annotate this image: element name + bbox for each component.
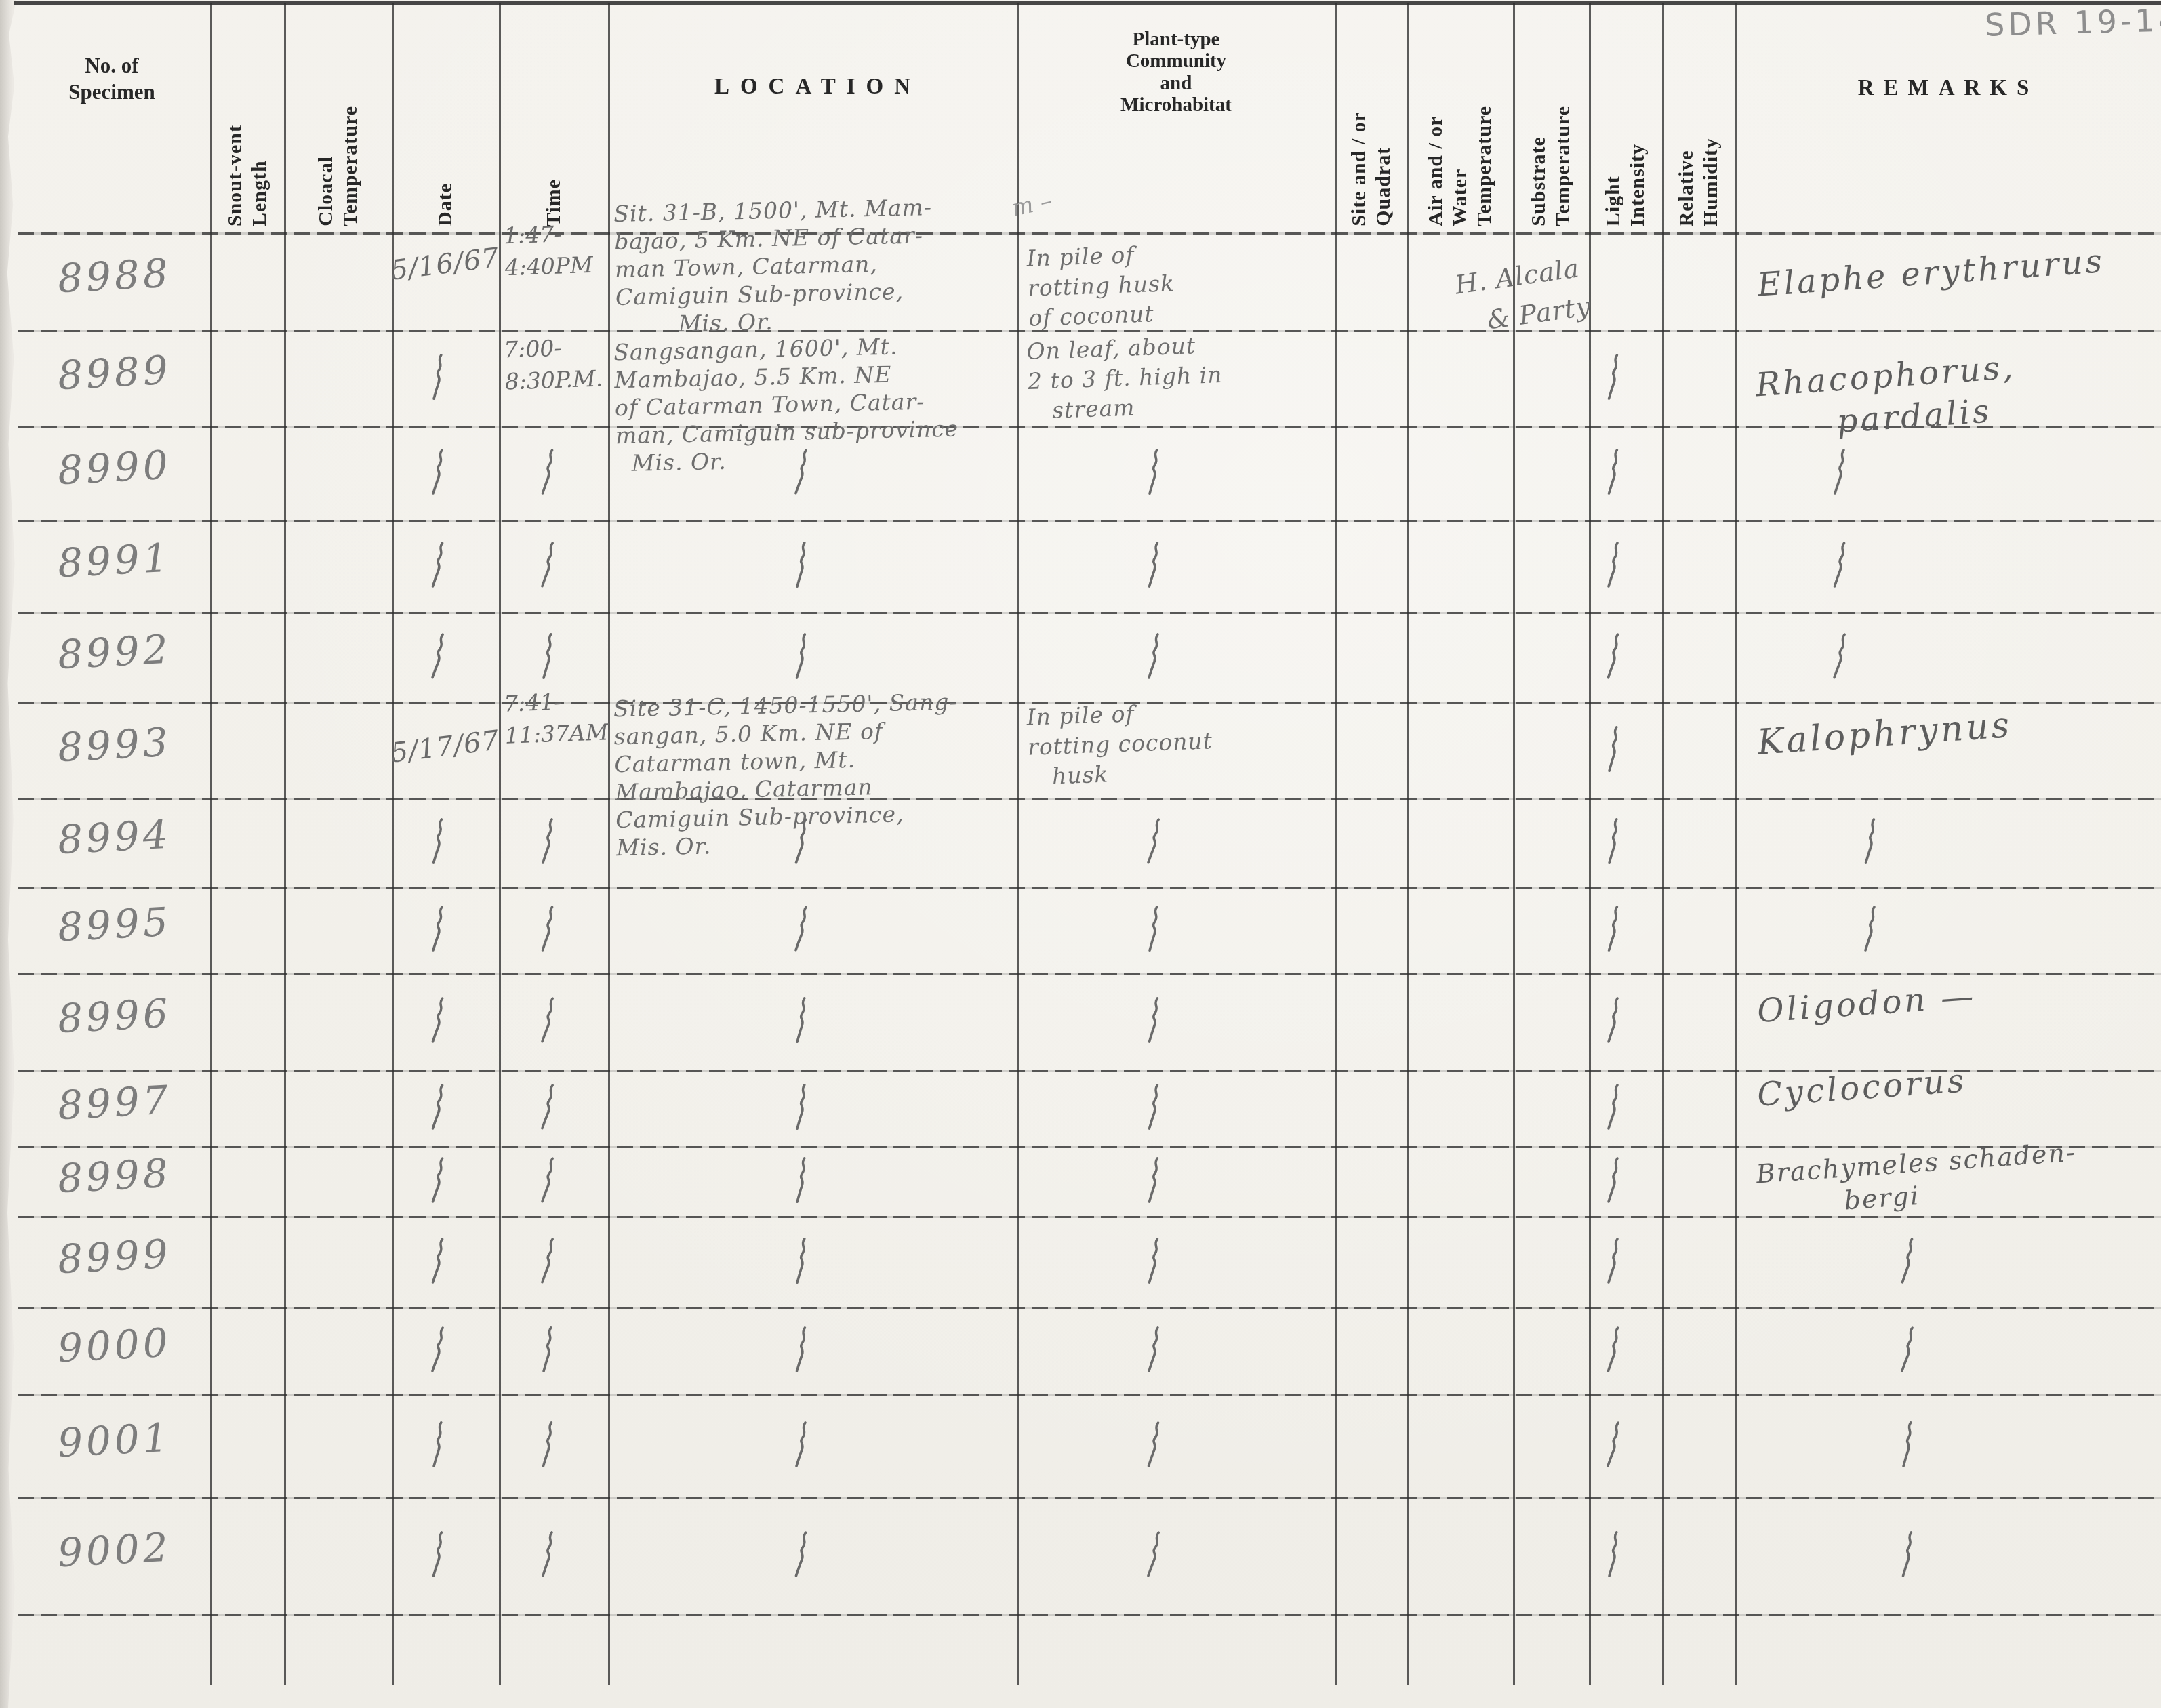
- ditto-mark-8997-light: [1604, 1082, 1624, 1135]
- ditto-mark-8994-date: [428, 817, 449, 870]
- ditto-mark-8994-remarks: [1860, 817, 1881, 870]
- ditto-mark-8995-location: [791, 904, 813, 957]
- ditto-mark-8990-time: [538, 447, 559, 500]
- col-header-relative-humidity: Relative Humidity: [1662, 0, 1735, 226]
- col-header-date: Date: [392, 0, 499, 226]
- cell-8998-remarks: Brachymeles schaden- bergi: [1755, 1136, 2079, 1223]
- ditto-mark-8997-location: [791, 1082, 813, 1135]
- grid-hline: [18, 1307, 2161, 1309]
- cell-8988-location: Sit. 31-B, 1500', Mt. Mam- bajao, 5 Km. …: [613, 193, 935, 339]
- ditto-mark-8992-microhabitat: [1144, 632, 1165, 684]
- ditto-mark-8995-date: [428, 904, 449, 956]
- ditto-mark-9001-time: [538, 1420, 559, 1473]
- specimen-number: 8997: [56, 1076, 172, 1128]
- stray-pencil-mark: m –: [1009, 187, 1054, 222]
- col-header-label: Cloacal Temperature: [314, 106, 363, 226]
- col-header-label: Snout-vent Length: [223, 125, 272, 226]
- ditto-mark-8990-date: [428, 447, 449, 500]
- ditto-mark-8998-microhabitat: [1144, 1155, 1165, 1208]
- ditto-mark-8990-remarks: [1830, 447, 1851, 500]
- col-header-time: Time: [499, 0, 608, 226]
- ditto-mark-8999-time: [538, 1236, 560, 1288]
- ditto-mark-8991-remarks: [1830, 540, 1851, 593]
- specimen-number: 8995: [56, 899, 172, 951]
- cell-8993-microhabitat: In pile of rotting coconut husk: [1026, 696, 1215, 792]
- cell-8988-remarks: Elaphe erythrurus: [1756, 240, 2105, 306]
- ditto-mark-8995-time: [538, 904, 559, 957]
- ditto-mark-8991-light: [1604, 540, 1624, 592]
- ditto-mark-8993-light: [1603, 724, 1625, 777]
- ditto-mark-8997-time: [538, 1082, 560, 1135]
- ditto-mark-9002-date: [428, 1530, 449, 1583]
- ditto-mark-8999-light: [1604, 1236, 1624, 1288]
- ditto-mark-8994-time: [538, 817, 559, 869]
- cell-8989-time: 7:00- 8:30P.M.: [503, 331, 603, 398]
- grid-vline: [1335, 3, 1337, 1685]
- cell-8996-remarks: Oligodon —: [1756, 975, 1977, 1032]
- ditto-mark-8996-location: [791, 995, 813, 1048]
- ditto-mark-8998-location: [791, 1155, 813, 1208]
- ditto-mark-8999-microhabitat: [1144, 1236, 1165, 1288]
- ditto-mark-8996-microhabitat: [1144, 995, 1165, 1048]
- cell-8993-date: 5/17/67: [389, 724, 502, 769]
- ditto-mark-8991-time: [538, 540, 560, 592]
- grid-vline: [1589, 3, 1591, 1685]
- torn-paper-edge: [0, 0, 16, 1708]
- ditto-mark-9001-date: [428, 1420, 450, 1473]
- ditto-mark-8999-remarks: [1897, 1236, 1918, 1288]
- grid-hline: [18, 798, 2161, 800]
- ditto-mark-9001-microhabitat: [1144, 1420, 1165, 1473]
- grid-hline: [18, 520, 2161, 522]
- grid-vline: [608, 3, 610, 1685]
- specimen-number: 9000: [56, 1320, 172, 1372]
- ditto-mark-9001-remarks: [1897, 1420, 1920, 1473]
- ditto-mark-9000-location: [791, 1325, 812, 1378]
- col-header-label: Site and / or Quadrat: [1347, 112, 1396, 226]
- grid-vline: [499, 3, 501, 1685]
- ditto-mark-9000-time: [538, 1325, 560, 1378]
- ditto-mark-8996-date: [428, 995, 449, 1048]
- specimen-number: 8989: [56, 346, 172, 399]
- specimen-number: 8998: [56, 1150, 172, 1202]
- ditto-mark-8998-light: [1604, 1156, 1624, 1208]
- specimen-number: 8992: [56, 626, 172, 678]
- grid-vline: [1513, 3, 1515, 1685]
- cell-8989-microhabitat: On leaf, about 2 to 3 ft. high in stream: [1026, 330, 1224, 426]
- specimen-number: 8991: [56, 535, 172, 587]
- ditto-mark-9000-remarks: [1897, 1325, 1920, 1378]
- ditto-mark-9002-location: [791, 1530, 812, 1583]
- grid-hline: [18, 1497, 2161, 1499]
- grid-vline: [1017, 3, 1019, 1685]
- ditto-mark-8997-date: [428, 1082, 449, 1135]
- ditto-mark-8997-microhabitat: [1144, 1082, 1165, 1135]
- ditto-mark-8998-time: [538, 1155, 560, 1208]
- col-header-location: LOCATION: [608, 75, 1017, 100]
- grid-hline: [18, 1146, 2161, 1148]
- cell-8989-location: Sangsangan, 1600', Mt. Mambajao, 5.5 Km.…: [613, 331, 960, 478]
- col-header-air-water-temperature: Air and / or Water Temperature: [1407, 0, 1513, 226]
- cell-8988-date: 5/16/67: [389, 241, 502, 287]
- col-header-remarks: REMARKS: [1735, 76, 2161, 101]
- ditto-mark-8994-location: [791, 817, 812, 870]
- ditto-mark-8990-light: [1603, 447, 1624, 500]
- ditto-mark-9001-light: [1603, 1420, 1625, 1473]
- ditto-mark-8996-time: [538, 995, 560, 1048]
- grid-vline: [210, 3, 212, 1685]
- cell-8993-location: Site 31-C, 1450-1550', Sang- sangan, 5.0…: [613, 688, 961, 862]
- grid-vline: [1735, 3, 1737, 1685]
- ditto-mark-8995-remarks: [1861, 904, 1881, 956]
- cell-8988-collector: H. Alcala & Party: [1453, 247, 1594, 344]
- grid-hline: [18, 973, 2161, 975]
- ditto-mark-8992-light: [1603, 631, 1624, 684]
- grid-vline: [1662, 3, 1664, 1685]
- grid-vline: [1407, 3, 1409, 1685]
- ditto-mark-9000-date: [428, 1325, 450, 1378]
- ditto-mark-8989-light: [1603, 352, 1624, 405]
- grid-hline: [18, 887, 2161, 889]
- ditto-mark-8989-date: [428, 352, 450, 405]
- specimen-number: 8999: [56, 1230, 172, 1282]
- col-header-label: Relative Humidity: [1674, 138, 1723, 226]
- ditto-mark-8992-time: [538, 631, 560, 684]
- grid-hline: [18, 1394, 2161, 1396]
- ditto-mark-8990-microhabitat: [1144, 447, 1166, 500]
- ditto-mark-8991-location: [791, 540, 813, 592]
- cell-8993-time: 7:41- 11:37AM: [503, 684, 609, 751]
- cell-8988-microhabitat: In pile of rotting husk of coconut: [1026, 239, 1177, 333]
- cell-8989-remarks: Rhacophorus, pardalis: [1754, 346, 2019, 448]
- col-header-cloacal-temperature: Cloacal Temperature: [284, 0, 392, 226]
- ditto-mark-8999-location: [791, 1236, 813, 1288]
- col-header-label: Light Intensity: [1601, 144, 1650, 226]
- specimen-number: 8994: [56, 811, 172, 863]
- ditto-mark-9000-light: [1603, 1325, 1624, 1378]
- specimen-number: 9002: [56, 1524, 172, 1577]
- col-header-microhabitat: Plant-type Community and Microhabitat: [1017, 28, 1335, 117]
- ditto-mark-8996-light: [1604, 996, 1624, 1048]
- ditto-mark-8991-microhabitat: [1144, 540, 1165, 593]
- grid-hline: [18, 1614, 2161, 1616]
- ditto-mark-9000-microhabitat: [1144, 1325, 1165, 1377]
- col-header-label: Substrate Temperature: [1527, 106, 1575, 226]
- cell-8993-remarks: Kalophrynus: [1756, 704, 2013, 764]
- ditto-mark-9001-location: [792, 1420, 812, 1472]
- specimen-number: 8988: [56, 250, 172, 302]
- grid-hline: [18, 232, 2161, 235]
- specimen-number: 8993: [56, 718, 172, 771]
- ditto-mark-8991-date: [428, 540, 449, 593]
- cell-8988-time: 1:47- 4:40PM: [503, 217, 593, 283]
- ditto-mark-9002-light: [1603, 1530, 1625, 1583]
- ditto-mark-8992-date: [428, 631, 450, 684]
- ditto-mark-9002-time: [538, 1530, 559, 1582]
- ditto-mark-8992-location: [791, 631, 812, 684]
- ditto-mark-9002-remarks: [1897, 1530, 1918, 1583]
- ditto-mark-8995-microhabitat: [1144, 904, 1166, 957]
- ditto-mark-8994-microhabitat: [1144, 817, 1166, 870]
- ditto-mark-8994-light: [1603, 817, 1625, 870]
- ditto-mark-8990-location: [791, 447, 813, 500]
- grid-hline: [18, 612, 2161, 614]
- sheet-code-pencil: SDR 19-14: [1984, 1, 2161, 43]
- ditto-mark-8995-light: [1603, 904, 1624, 957]
- col-header-specimen: No. of Specimen: [14, 53, 210, 106]
- specimen-number: 9001: [56, 1415, 172, 1467]
- specimen-number: 8990: [56, 441, 172, 493]
- col-header-label: Air and / or Water Temperature: [1423, 106, 1497, 226]
- grid-vline: [284, 3, 286, 1685]
- ditto-mark-8992-remarks: [1830, 631, 1852, 684]
- specimen-number: 8996: [56, 990, 172, 1042]
- col-header-label: Date: [433, 183, 458, 226]
- catalog-sheet: No. of Specimen Snout-vent Length Cloaca…: [0, 0, 2161, 1708]
- ditto-mark-8998-date: [428, 1155, 449, 1208]
- ditto-mark-8999-date: [428, 1236, 449, 1288]
- col-header-light-intensity: Light Intensity: [1589, 0, 1662, 226]
- col-header-site-quadrat: Site and / or Quadrat: [1335, 0, 1407, 226]
- col-header-snout-vent-length: Snout-vent Length: [210, 0, 284, 226]
- cell-8997-remarks: Cyclocorus: [1756, 1059, 1968, 1116]
- ditto-mark-9002-microhabitat: [1144, 1530, 1166, 1583]
- col-header-substrate-temperature: Substrate Temperature: [1513, 0, 1589, 226]
